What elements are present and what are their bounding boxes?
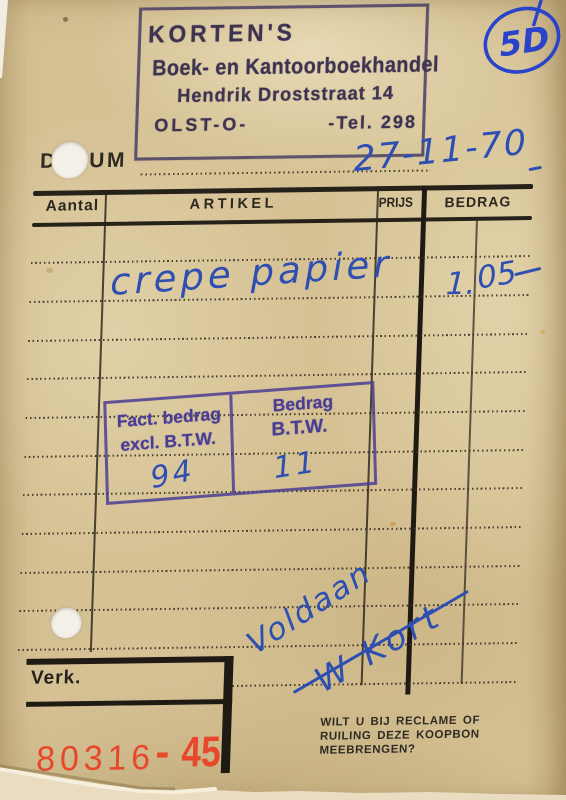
pen-stroke: [514, 267, 541, 276]
shop-city: OLST-O-: [154, 114, 249, 136]
amount-guilders-handwriting: 1.: [445, 266, 476, 302]
torn-edge: [0, 750, 566, 800]
btw-left-label-2: excl. B.T.W.: [120, 428, 216, 456]
btw-excl-value-handwriting: 94: [148, 453, 197, 496]
btw-stamp-divider: [229, 395, 235, 493]
receipt-form: KORTEN'S Boek- en Kantoorboekhandel Hend…: [0, 0, 566, 800]
btw-value-handwriting: 11: [272, 444, 320, 486]
dotted-row-line: [27, 371, 526, 380]
btw-right-label-2: B.T.W.: [271, 415, 328, 441]
shop-phone: -Tel. 298: [328, 112, 417, 134]
amount-cents-handwriting: 05: [475, 254, 519, 296]
table-rule-bottom: [32, 216, 532, 227]
verk-box-bottom: [26, 699, 232, 707]
shop-subtitle: Boek- en Kantoorboekhandel: [152, 51, 440, 81]
dotted-row-line: [224, 681, 516, 687]
shop-address: Hendrik Droststraat 14: [177, 83, 394, 108]
notice-line-2: RUILING DEZE KOOPBON: [320, 728, 480, 744]
circled-annotation-text: 5D: [497, 18, 551, 64]
column-header-artikel: ARTIKEL: [189, 196, 277, 213]
pen-stroke: [529, 166, 542, 171]
btw-right-label-1: Bedrag: [272, 391, 333, 416]
verk-box-top: [26, 656, 233, 664]
column-header-bedrag: BEDRAG: [444, 193, 511, 210]
dotted-row-line: [28, 333, 527, 342]
column-header-aantal: Aantal: [45, 197, 99, 216]
dotted-row-line: [22, 526, 521, 535]
article-entry-handwriting: crepe papier: [110, 242, 393, 304]
shop-name: KORTEN'S: [148, 19, 296, 49]
hole-punch-bottom: [50, 607, 82, 638]
column-header-prijs: PRIJS: [378, 195, 413, 210]
verk-label: Verk.: [31, 667, 82, 690]
circled-annotation: 5D: [476, 0, 566, 83]
btw-stamp-box: Fact. bedrag excl. B.T.W. Bedrag B.T.W. …: [103, 381, 377, 505]
scanned-receipt: KORTEN'S Boek- en Kantoorboekhandel Hend…: [0, 0, 566, 800]
dotted-row-line: [20, 565, 519, 574]
